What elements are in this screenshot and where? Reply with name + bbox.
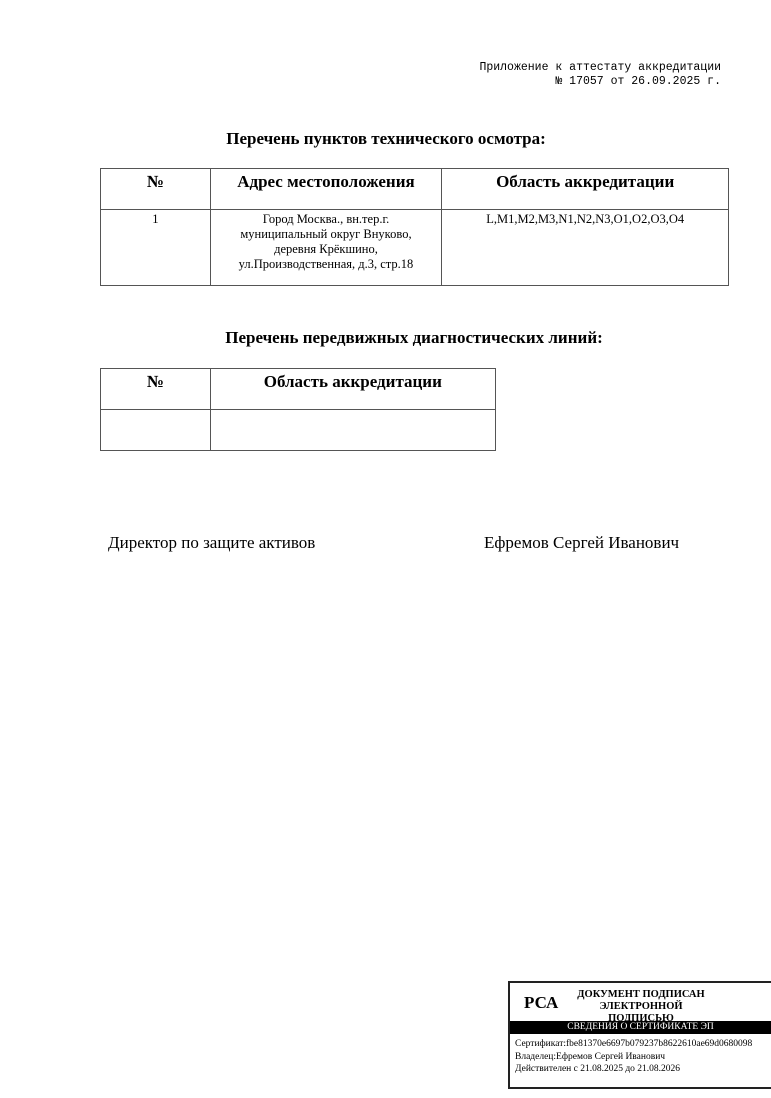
table-row: 1 Город Москва., вн.тер.г. муниципальный… <box>101 210 729 286</box>
mobile-lines-table: № Область аккредитации <box>100 368 496 451</box>
cell-number: 1 <box>101 210 211 286</box>
signatory-position: Директор по защите активов <box>108 533 315 553</box>
certificate-details: Сертификат:fbe81370e6697b079237b8622610a… <box>510 1034 771 1076</box>
cell-number <box>101 410 211 451</box>
stamp-header: РСА ДОКУМЕНТ ПОДПИСАН ЭЛЕКТРОННОЙ ПОДПИС… <box>510 983 771 1021</box>
column-header-number: № <box>101 169 211 210</box>
electronic-signature-stamp: РСА ДОКУМЕНТ ПОДПИСАН ЭЛЕКТРОННОЙ ПОДПИС… <box>508 981 771 1089</box>
certificate-serial: Сертификат:fbe81370e6697b079237b8622610a… <box>515 1038 771 1051</box>
cell-scope <box>210 410 495 451</box>
attachment-header-line2: № 17057 от 26.09.2025 г. <box>401 75 721 89</box>
column-header-address: Адрес местоположения <box>210 169 442 210</box>
inspection-points-table: № Адрес местоположения Область аккредита… <box>100 168 729 286</box>
rsa-logo: РСА <box>524 993 558 1013</box>
table-header-row: № Область аккредитации <box>101 369 496 410</box>
attachment-header: Приложение к аттестату аккредитации № 17… <box>401 61 721 89</box>
table-header-row: № Адрес местоположения Область аккредита… <box>101 169 729 210</box>
signatory-name: Ефремов Сергей Иванович <box>484 533 679 553</box>
table-row <box>101 410 496 451</box>
mobile-lines-title: Перечень передвижных диагностических лин… <box>14 328 771 348</box>
column-header-number: № <box>101 369 211 410</box>
certificate-owner: Владелец:Ефремов Сергей Иванович <box>515 1051 771 1064</box>
attachment-header-line1: Приложение к аттестату аккредитации <box>401 61 721 75</box>
address-text: Город Москва., вн.тер.г. муниципальный о… <box>239 212 414 271</box>
certificate-validity: Действителен с 21.08.2025 до 21.08.2026 <box>515 1063 771 1076</box>
cell-scope: L,M1,M2,M3,N1,N2,N3,O1,O2,O3,O4 <box>442 210 729 286</box>
column-header-scope: Область аккредитации <box>210 369 495 410</box>
stamp-heading: ДОКУМЕНТ ПОДПИСАН ЭЛЕКТРОННОЙ ПОДПИСЬЮ <box>566 989 716 1025</box>
column-header-scope: Область аккредитации <box>442 169 729 210</box>
inspection-points-title: Перечень пунктов технического осмотра: <box>36 129 736 149</box>
cell-address: Город Москва., вн.тер.г. муниципальный о… <box>210 210 442 286</box>
